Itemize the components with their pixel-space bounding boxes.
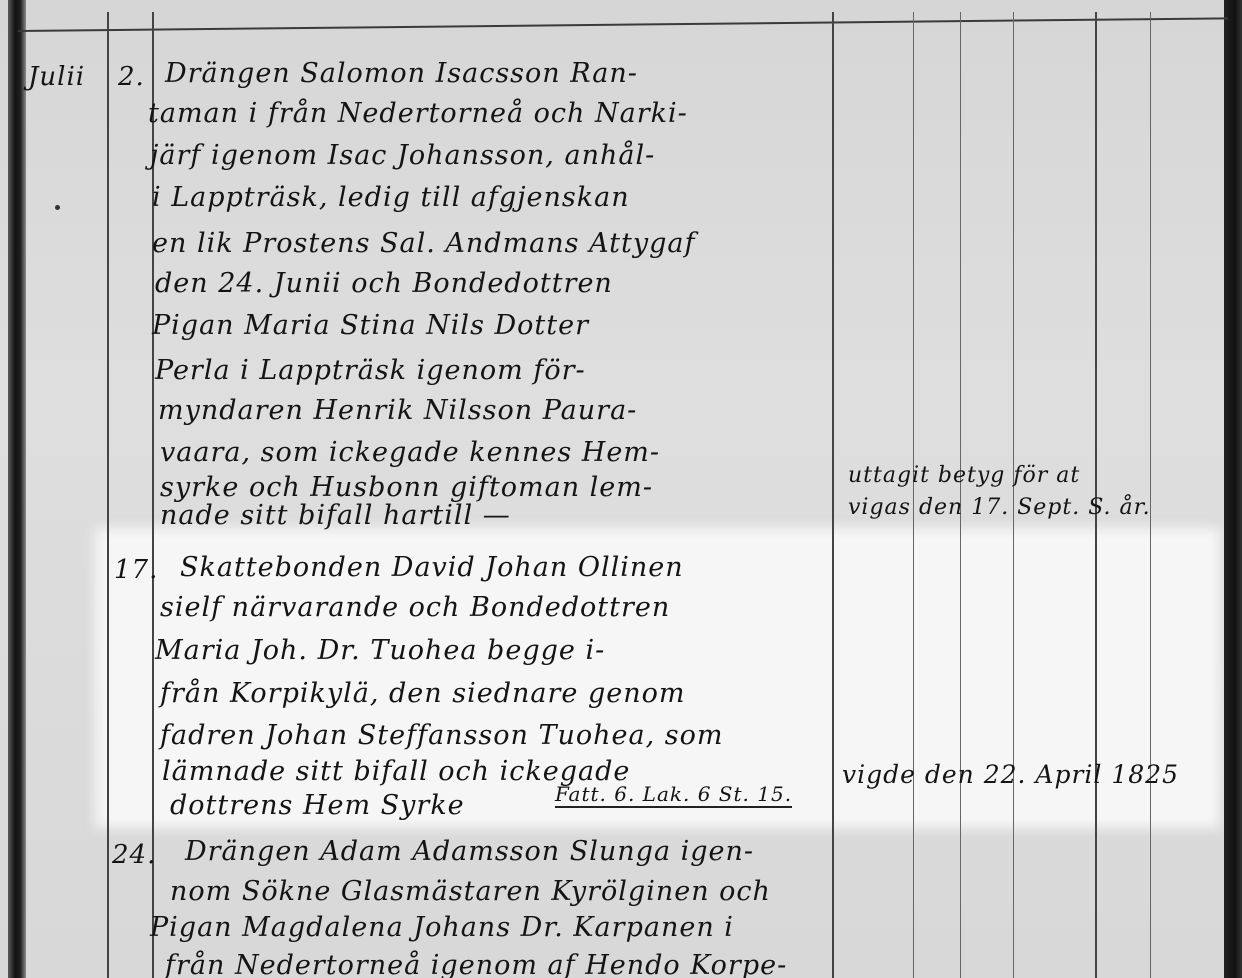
entry-3-day: 24. (112, 840, 156, 870)
entry-1-line: nade sitt bifall hartill — (160, 500, 511, 531)
entry-2-line: sielf närvarande och Bondedottren (160, 592, 670, 623)
register-page: Julii 2. Drängen Salomon Isacsson Ran- t… (0, 0, 1242, 978)
entry-1-line: myndaren Henrik Nilsson Paura- (158, 395, 637, 426)
entry-3-line: nom Sökne Glasmästaren Kyrölginen och (170, 876, 771, 907)
entry-1-line: Drängen Salomon Isacsson Ran- (165, 58, 638, 89)
entry-1-line: Pigan Maria Stina Nils Dotter (152, 310, 589, 341)
entry-1-line: Perla i Lappträsk igenom för- (155, 355, 586, 386)
entry-1-line: järf igenom Isac Johansson, anhål- (150, 140, 655, 171)
entry-1-day: 2. (118, 62, 145, 92)
entry-3-line: Drängen Adam Adamsson Slunga igen- (185, 836, 754, 867)
text-column-rule (832, 12, 834, 978)
entry-1-line: syrke och Husbonn giftoman lem- (160, 472, 653, 503)
entry-1-line: i Lappträsk, ledig till afgjenskan (152, 182, 630, 213)
entry-2-side-note: vigde den 22. April 1825 (842, 760, 1179, 789)
page-binding-left (8, 0, 26, 978)
entry-2-line: dottrens Hem Syrke (170, 790, 465, 821)
month-column-rule (107, 12, 109, 978)
entry-1-side-note: uttagit betyg för at (848, 463, 1080, 488)
page-binding-right (1224, 0, 1242, 978)
ink-dot (55, 205, 60, 210)
entry-3-line: från Nedertorneå igenom af Hendo Korpe- (165, 950, 787, 978)
entry-3-line: Pigan Magdalena Johans Dr. Karpanen i (150, 912, 734, 943)
entry-2-fee-note: Fatt. 6. Lak. 6 St. 15. (555, 782, 792, 808)
top-rule-line (18, 17, 1228, 32)
entry-2-line: Maria Joh. Dr. Tuohea begge i- (155, 635, 605, 666)
month-label: Julii (28, 62, 85, 92)
entry-2-line: fadren Johan Steffansson Tuohea, som (160, 720, 724, 751)
entry-2-line: Skattebonden David Johan Ollinen (180, 552, 684, 583)
entry-2-line: från Korpikylä, den siednare genom (160, 678, 685, 709)
entry-1-line: den 24. Junii och Bondedottren (155, 268, 613, 299)
entry-1-line: taman i från Nedertorneå och Narki- (148, 98, 688, 129)
entry-2-day: 17. (114, 555, 158, 585)
entry-1-line: en lik Prostens Sal. Andmans Attygaf (152, 228, 695, 259)
entry-1-side-note: vigas den 17. Sept. S. år. (848, 495, 1151, 520)
entry-1-line: vaara, som ickegade kennes Hem- (160, 437, 660, 468)
